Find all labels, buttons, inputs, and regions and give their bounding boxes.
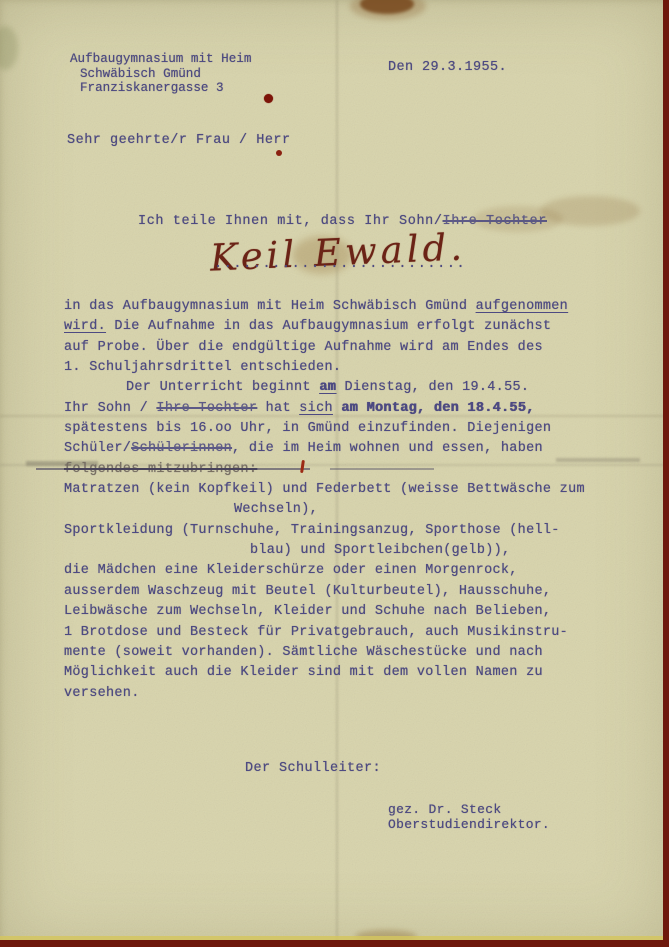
body-line: blau) und Sportleibchen(gelb)),	[64, 541, 639, 561]
sender-line-1: Aufbaugymnasium mit Heim	[70, 52, 251, 67]
text-run: Möglichkeit auch die Kleider sind mit de…	[64, 665, 543, 680]
struck-text-ihre-tochter-2: Ihre Tochter	[156, 401, 257, 416]
body-line: spätestens bis 16.oo Uhr, in Gmünd einzu…	[64, 419, 639, 439]
body-line: versehen.	[64, 684, 639, 704]
body-line: Matratzen (kein Kopfkeil) und Federbett …	[64, 480, 639, 500]
scan-edge-right	[663, 0, 669, 947]
strike-line-dash	[330, 468, 434, 470]
text-run: blau) und Sportleibchen(gelb)),	[250, 543, 510, 558]
scan-edge-bottom	[0, 940, 669, 947]
closer-der-schulleiter: Der Schulleiter:	[245, 761, 381, 776]
body-line: Der Unterricht beginnt am Dienstag, den …	[64, 378, 639, 398]
text-run: die Mädchen eine Kleiderschürze oder ein…	[64, 563, 518, 578]
red-ink-dot-2	[276, 150, 282, 156]
body-line: Leibwäsche zum Wechseln, Kleider und Sch…	[64, 602, 639, 622]
underlined-text-aufgenommen: aufgenommen	[476, 299, 568, 314]
underlined-text-sich: sich	[299, 401, 333, 416]
struck-text-schuelerinnen: Schülerinnen	[131, 441, 232, 456]
body-line: die Mädchen eine Kleiderschürze oder ein…	[64, 561, 639, 581]
body-line: mente (soweit vorhanden). Sämtliche Wäsc…	[64, 643, 639, 663]
signature-line-1: gez. Dr. Steck	[388, 803, 550, 818]
emphasized-text-am: am	[319, 380, 336, 395]
letter-date: Den 29.3.1955.	[388, 60, 507, 75]
text-run: , die im Heim wohnen und essen, haben	[232, 441, 543, 456]
body-line: Möglichkeit auch die Kleider sind mit de…	[64, 663, 639, 683]
stain-top-left-corner	[0, 26, 18, 70]
letter-body: in das Aufbaugymnasium mit Heim Schwäbis…	[64, 297, 639, 704]
text-run: auf Probe. Über die endgültige Aufnahme …	[64, 340, 543, 355]
signature-block: gez. Dr. Steck Oberstudiendirektor.	[388, 803, 550, 832]
text-run: spätestens bis 16.oo Uhr, in Gmünd einzu…	[64, 421, 551, 436]
underlined-text-wird: wird.	[64, 319, 106, 334]
sender-line-2: Schwäbisch Gmünd	[70, 67, 251, 82]
body-line: Sportkleidung (Turnschuhe, Trainingsanzu…	[64, 521, 639, 541]
emphasized-text-date-montag: am Montag, den 18.4.55,	[341, 401, 534, 416]
body-line: 1 Brotdose und Besteck für Privatgebrauc…	[64, 623, 639, 643]
strike-line-extension	[36, 468, 310, 470]
intro-line: Ich teile Ihnen mit, dass Ihr Sohn/Ihre …	[138, 214, 547, 229]
text-run: 1 Brotdose und Besteck für Privatgebrauc…	[64, 625, 568, 640]
text-run: versehen.	[64, 686, 140, 701]
text-run: Leibwäsche zum Wechseln, Kleider und Sch…	[64, 604, 551, 619]
intro-text: Ich teile Ihnen mit, dass Ihr Sohn/	[138, 214, 443, 229]
text-run: Ihr Sohn /	[64, 401, 156, 416]
text-run: 1. Schuljahrsdrittel entschieden.	[64, 360, 341, 375]
body-line: in das Aufbaugymnasium mit Heim Schwäbis…	[64, 297, 639, 317]
body-line: Ihr Sohn / Ihre Tochter hat sich am Mont…	[64, 399, 639, 419]
text-run: Matratzen (kein Kopfkeil) und Federbett …	[64, 482, 585, 497]
text-run: Schüler/	[64, 441, 131, 456]
ink-stain-top-halo	[350, 0, 426, 20]
text-run: Dienstag, den 19.4.55.	[336, 380, 529, 395]
sender-line-3: Franziskanergasse 3	[70, 81, 251, 96]
text-run: mente (soweit vorhanden). Sämtliche Wäsc…	[64, 645, 543, 660]
text-run: Wechseln),	[234, 502, 318, 517]
signature-line-2: Oberstudiendirektor.	[388, 818, 550, 833]
text-run: Die Aufnahme in das Aufbaugymnasium erfo…	[106, 319, 551, 334]
red-ink-dot-1	[264, 94, 273, 103]
body-line: Schüler/Schülerinnen, die im Heim wohnen…	[64, 439, 639, 459]
text-run: Sportkleidung (Turnschuhe, Trainingsanzu…	[64, 523, 560, 538]
body-line: wird. Die Aufnahme in das Aufbaugymnasiu…	[64, 317, 639, 337]
body-line: ausserdem Waschzeug mit Beutel (Kulturbe…	[64, 582, 639, 602]
salutation: Sehr geehrte/r Frau / Herr	[67, 133, 291, 148]
text-run: in das Aufbaugymnasium mit Heim Schwäbis…	[64, 299, 476, 314]
sender-address-block: Aufbaugymnasium mit Heim Schwäbisch Gmün…	[70, 52, 251, 96]
text-run: hat	[257, 401, 299, 416]
letter-scan-page: Aufbaugymnasium mit Heim Schwäbisch Gmün…	[0, 0, 669, 947]
text-run: Der Unterricht beginnt	[126, 380, 319, 395]
body-line: auf Probe. Über die endgültige Aufnahme …	[64, 338, 639, 358]
body-line: 1. Schuljahrsdrittel entschieden.	[64, 358, 639, 378]
body-line: Wechseln),	[64, 500, 639, 520]
text-run: ausserdem Waschzeug mit Beutel (Kulturbe…	[64, 584, 551, 599]
dotted-fill-in-line: ..........................	[214, 257, 466, 272]
